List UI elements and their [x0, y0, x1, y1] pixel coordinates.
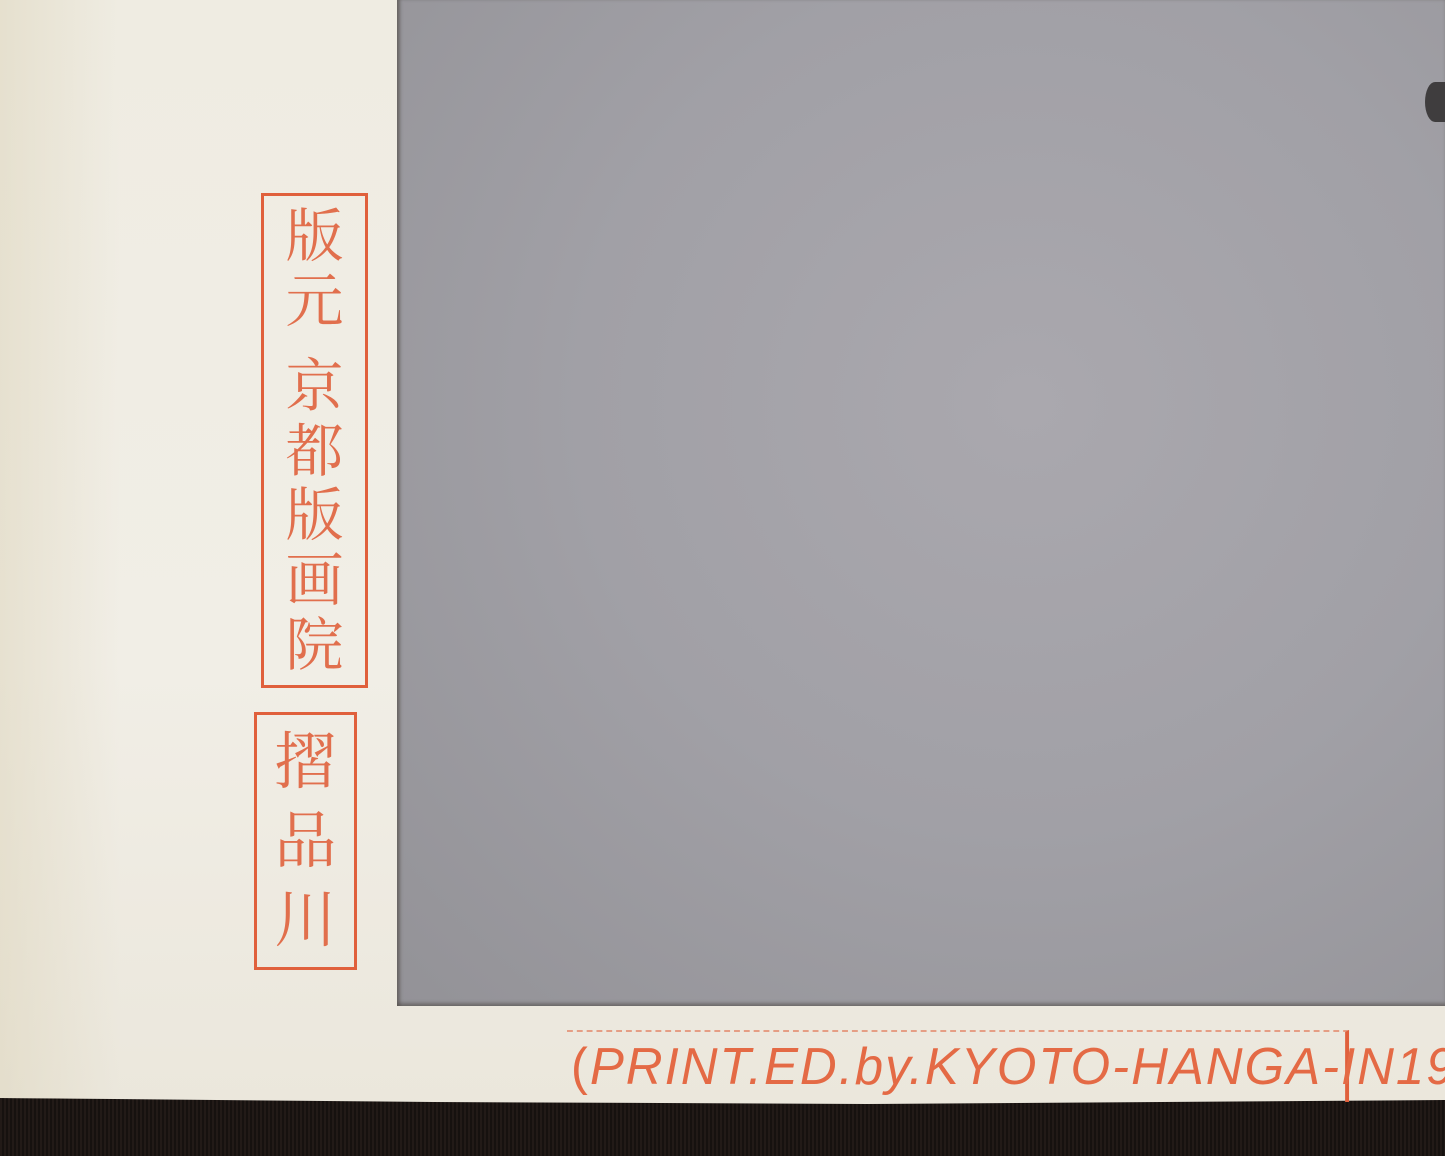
printer-seal: 摺 品 川	[254, 712, 357, 970]
seal-char: 元	[285, 272, 343, 330]
seal-char: 摺	[274, 731, 336, 793]
stamp-text: PRINT.ED.by.KYOTO-HANGA-IN1951	[590, 1037, 1445, 1097]
printed-by-stamp: ( PRINT.ED.by.KYOTO-HANGA-IN1951	[567, 1030, 1349, 1102]
gray-printed-area	[397, 0, 1445, 1006]
seal-char: 京	[285, 357, 343, 415]
stamp-open-bracket: (	[571, 1037, 590, 1097]
seal-char: 画	[285, 551, 343, 609]
seal-char: 都	[285, 422, 343, 480]
seal-char: 川	[274, 889, 336, 951]
seal-char: 品	[274, 810, 336, 872]
seal-char: 版	[285, 207, 343, 265]
ink-mark	[1425, 82, 1445, 122]
seal-char: 院	[285, 616, 343, 674]
publisher-seal: 版 元 京 都 版 画 院	[261, 193, 368, 688]
dark-fabric-background	[0, 1095, 1445, 1156]
seal-char: 版	[285, 486, 343, 544]
